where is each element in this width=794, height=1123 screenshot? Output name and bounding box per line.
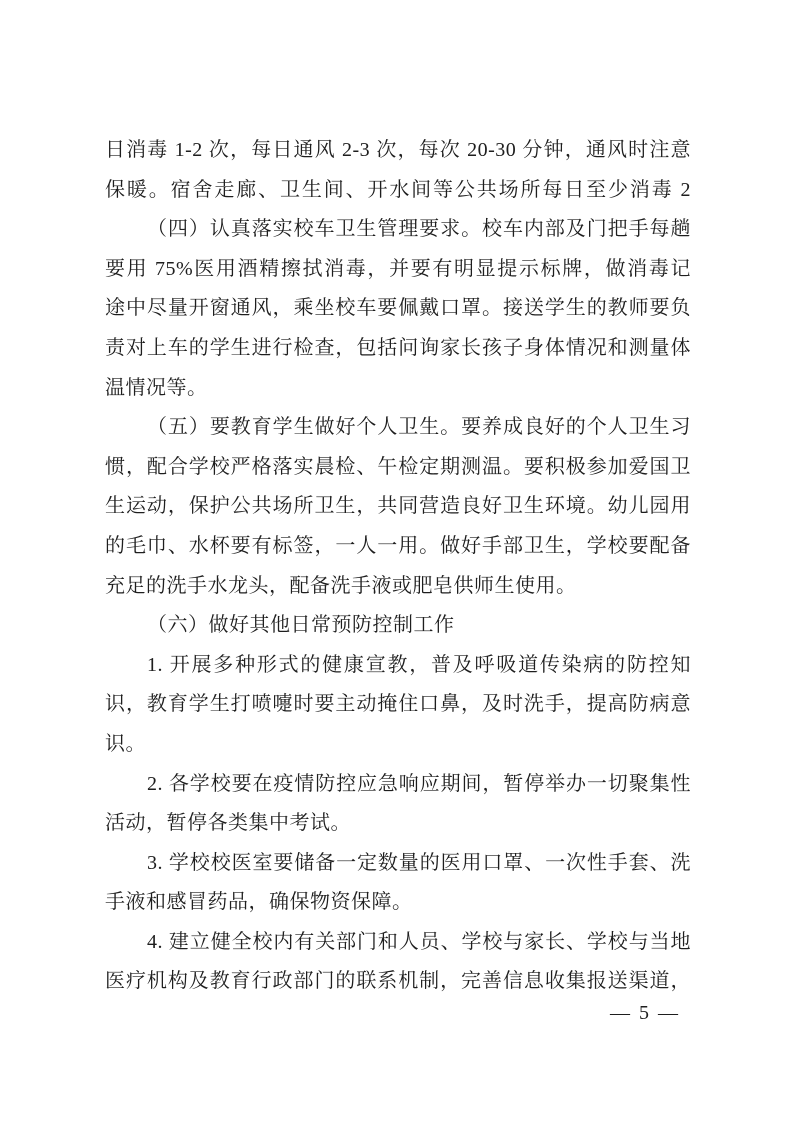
text-line: 4. 建立健全校内有关部门和人员、学校与家长、学校与当地 [105,923,691,963]
text-line: 2. 各学校要在疫情防控应急响应期间，暂停举办一切聚集性 [105,765,691,805]
text-line: 3. 学校校医室要储备一定数量的医用口罩、一次性手套、洗 [105,844,691,884]
text-line: 要用 75%医用酒精擦拭消毒，并要有明显提示标牌，做消毒记录。 [105,250,691,290]
text-line: 的毛巾、水杯要有标签，一人一用。做好手部卫生，学校要配备 [105,527,691,567]
document-body: 日消毒 1-2 次，每日通风 2-3 次，每次 20-30 分钟，通风时注意保暖… [105,131,691,1002]
text-line: 识，教育学生打喷嚏时要主动掩住口鼻，及时洗手，提高防病意 [105,685,691,725]
text-line: （五）要教育学生做好个人卫生。要养成良好的个人卫生习 [105,408,691,448]
text-line: （四）认真落实校车卫生管理要求。校车内部及门把手每趟 [105,210,691,250]
text-line: 医疗机构及教育行政部门的联系机制，完善信息收集报送渠道， [105,962,691,1002]
text-line: 生运动，保护公共场所卫生，共同营造良好卫生环境。幼儿园用 [105,487,691,527]
text-line: 充足的洗手水龙头，配备洗手液或肥皂供师生使用。 [105,567,691,607]
text-line: （六）做好其他日常预防控制工作 [105,606,691,646]
text-line: 手液和感冒药品，确保物资保障。 [105,883,691,923]
text-line: 识。 [105,725,691,765]
text-line: 活动，暂停各类集中考试。 [105,804,691,844]
page-number: — 5 — [610,1002,680,1025]
text-line: 途中尽量开窗通风，乘坐校车要佩戴口罩。接送学生的教师要负 [105,289,691,329]
text-line: 责对上车的学生进行检查，包括问询家长孩子身体情况和测量体 [105,329,691,369]
document-page: 日消毒 1-2 次，每日通风 2-3 次，每次 20-30 分钟，通风时注意保暖… [0,0,794,1123]
text-line: 1. 开展多种形式的健康宣教，普及呼吸道传染病的防控知 [105,646,691,686]
text-line: 日消毒 1-2 次，每日通风 2-3 次，每次 20-30 分钟，通风时注意 [105,131,691,171]
text-line: 温情况等。 [105,369,691,409]
text-line: 保暖。宿舍走廊、卫生间、开水间等公共场所每日至少消毒 2 次。 [105,171,691,211]
text-line: 惯，配合学校严格落实晨检、午检定期测温。要积极参加爱国卫 [105,448,691,488]
